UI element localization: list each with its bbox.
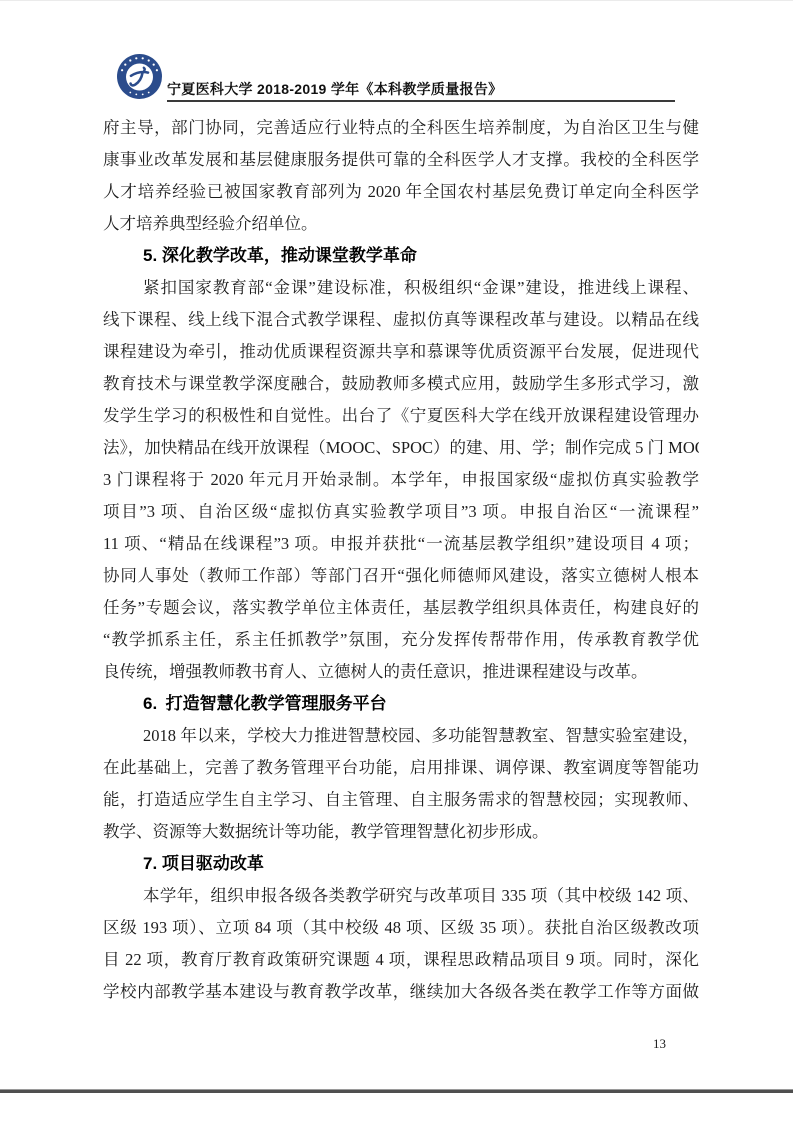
- text-line: 学校内部教学基本建设与教育教学改革，继续加大各级各类在教学工作等方面做: [103, 976, 699, 1008]
- text-line: 能，打造适应学生自主学习、自主管理、自主服务需求的智慧校园；实现教师、: [103, 784, 699, 816]
- text-line: 协同人事处（教师工作部）等部门召开“强化师德师风建设，落实立德树人根本: [103, 560, 699, 592]
- text-line: 法》，加快精品在线开放课程（MOOC、SPOC）的建、用、学；制作完成 5 门 …: [103, 432, 699, 464]
- document-page: 宁夏医科大学 2018-2019 学年《本科教学质量报告》 府主导，部门协同，完…: [0, 0, 793, 1122]
- text-line: 11 项、“精品在线课程”3 项。申报并获批“一流基层教学组织”建设项目 4 项…: [103, 528, 699, 560]
- text-line: “教学抓系主任，系主任抓教学”氛围，充分发挥传帮带作用，传承教育教学优: [103, 624, 699, 656]
- text-line: 在此基础上，完善了教务管理平台功能，启用排课、调停课、教室调度等智能功: [103, 752, 699, 784]
- university-seal-icon: [116, 53, 163, 100]
- text-line: 发学生学习的积极性和自觉性。出台了《宁夏医科大学在线开放课程建设管理办: [103, 400, 699, 432]
- section-heading-5: 5. 深化教学改革，推动课堂教学革命: [103, 240, 699, 272]
- page-top-edge: [0, 0, 793, 1]
- text-line: 课程建设为牵引，推动优质课程资源共享和慕课等优质资源平台发展，促进现代: [103, 336, 699, 368]
- text-line: 任务”专题会议，落实教学单位主体责任，基层教学组织具体责任，构建良好的: [103, 592, 699, 624]
- text-line: 人才培养经验已被国家教育部列为 2020 年全国农村基层免费订单定向全科医学: [103, 176, 699, 208]
- text-line: 人才培养典型经验介绍单位。: [103, 208, 699, 240]
- text-line: 3 门课程将于 2020 年元月开始录制。本学年，申报国家级“虚拟仿真实验教学: [103, 464, 699, 496]
- document-body: 府主导，部门协同，完善适应行业特点的全科医生培养制度，为自治区卫生与健 康事业改…: [103, 112, 699, 1008]
- text-line: 教学、资源等大数据统计等功能，教学管理智慧化初步形成。: [103, 816, 699, 848]
- report-header-title: 宁夏医科大学 2018-2019 学年《本科教学质量报告》: [167, 79, 502, 99]
- text-line: 紧扣国家教育部“金课”建设标准，积极组织“金课”建设，推进线上课程、: [103, 272, 699, 304]
- page-number: 13: [653, 1036, 666, 1052]
- text-line: 区级 193 项）、立项 84 项（其中校级 48 项、区级 35 项）。获批自…: [103, 912, 699, 944]
- page-bottom-rule: [0, 1089, 793, 1093]
- header-underline: [167, 100, 675, 102]
- text-line: 目 22 项，教育厅教育政策研究课题 4 项，课程思政精品项目 9 项。同时，深…: [103, 944, 699, 976]
- text-line: 项目”3 项、自治区级“虚拟仿真实验教学项目”3 项。申报自治区“一流课程”: [103, 496, 699, 528]
- section-heading-7: 7. 项目驱动改革: [103, 848, 699, 880]
- text-line: 府主导，部门协同，完善适应行业特点的全科医生培养制度，为自治区卫生与健: [103, 112, 699, 144]
- section-heading-6: 6. 打造智慧化教学管理服务平台: [103, 688, 699, 720]
- text-line: 本学年，组织申报各级各类教学研究与改革项目 335 项（其中校级 142 项、: [103, 880, 699, 912]
- text-line: 良传统，增强教师教书育人、立德树人的责任意识，推进课程建设与改革。: [103, 656, 699, 688]
- text-line: 康事业改革发展和基层健康服务提供可靠的全科医学人才支撑。我校的全科医学: [103, 144, 699, 176]
- text-line: 线下课程、线上线下混合式教学课程、虚拟仿真等课程改革与建设。以精品在线: [103, 304, 699, 336]
- text-line: 2018 年以来，学校大力推进智慧校园、多功能智慧教室、智慧实验室建设，: [103, 720, 699, 752]
- text-line: 教育技术与课堂教学深度融合，鼓励教师多模式应用，鼓励学生多形式学习，激: [103, 368, 699, 400]
